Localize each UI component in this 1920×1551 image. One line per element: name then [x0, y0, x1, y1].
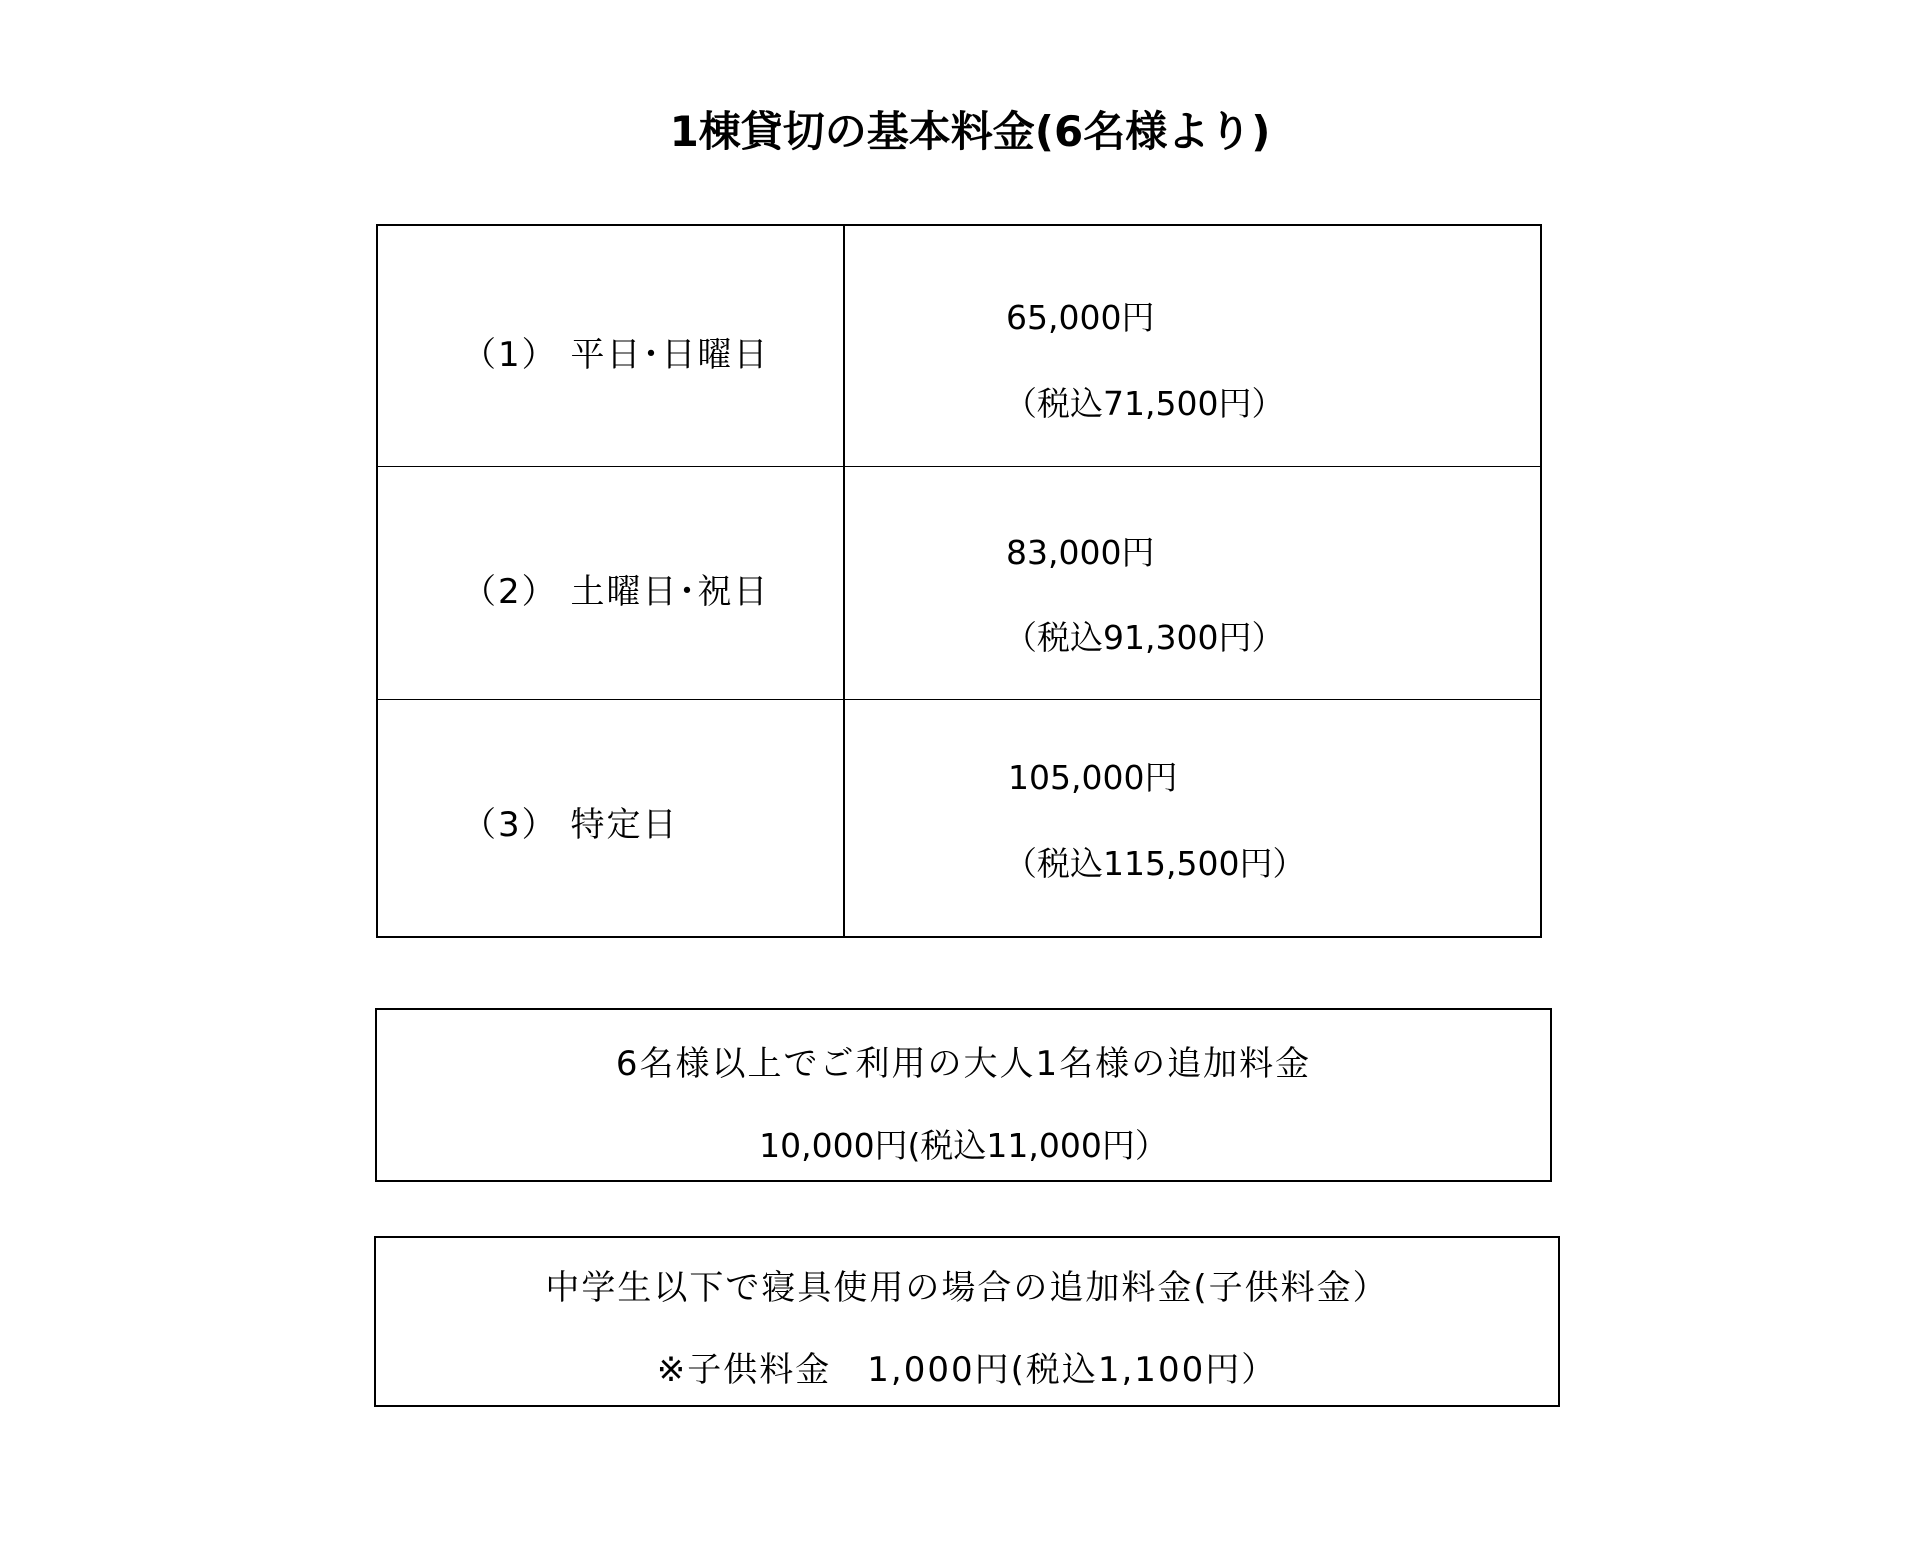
- adult-extra-fee-box: 6名様以上でご利用の大人1名様の追加料金 10,000円(税込11,000円）: [375, 1008, 1552, 1182]
- price-with-tax: （税込91,300円）: [1004, 612, 1284, 659]
- price-with-tax: （税込115,500円）: [1004, 838, 1305, 885]
- day-type-label: （3） 特定日: [378, 700, 843, 936]
- child-extra-fee-price: ※子供料金 1,000円(税込1,100円）: [376, 1342, 1558, 1391]
- base-price: 105,000円: [1008, 752, 1177, 799]
- adult-extra-fee-heading: 6名様以上でご利用の大人1名様の追加料金: [377, 1036, 1550, 1085]
- day-type-label: （1） 平日･日曜日: [378, 226, 843, 466]
- page-title: 1棟貸切の基本料金(6名様より): [610, 100, 1330, 164]
- table-row: （1） 平日･日曜日 65,000円 （税込71,500円）: [378, 226, 1540, 467]
- day-type-label: （2） 土曜日･祝日: [378, 467, 843, 699]
- base-price: 65,000円: [1006, 292, 1154, 339]
- table-row: （3） 特定日 105,000円 （税込115,500円）: [378, 700, 1540, 936]
- child-extra-fee-box: 中学生以下で寝具使用の場合の追加料金(子供料金） ※子供料金 1,000円(税込…: [374, 1236, 1560, 1407]
- basic-price-table: （1） 平日･日曜日 65,000円 （税込71,500円） （2） 土曜日･祝…: [376, 224, 1542, 938]
- price-cell: 105,000円 （税込115,500円）: [844, 700, 1540, 936]
- adult-extra-fee-price: 10,000円(税込11,000円）: [377, 1120, 1550, 1167]
- base-price: 83,000円: [1006, 527, 1154, 574]
- table-row: （2） 土曜日･祝日 83,000円 （税込91,300円）: [378, 467, 1540, 700]
- price-cell: 65,000円 （税込71,500円）: [844, 226, 1540, 466]
- child-extra-fee-heading: 中学生以下で寝具使用の場合の追加料金(子供料金）: [376, 1260, 1558, 1309]
- price-cell: 83,000円 （税込91,300円）: [844, 467, 1540, 699]
- price-with-tax: （税込71,500円）: [1004, 378, 1284, 425]
